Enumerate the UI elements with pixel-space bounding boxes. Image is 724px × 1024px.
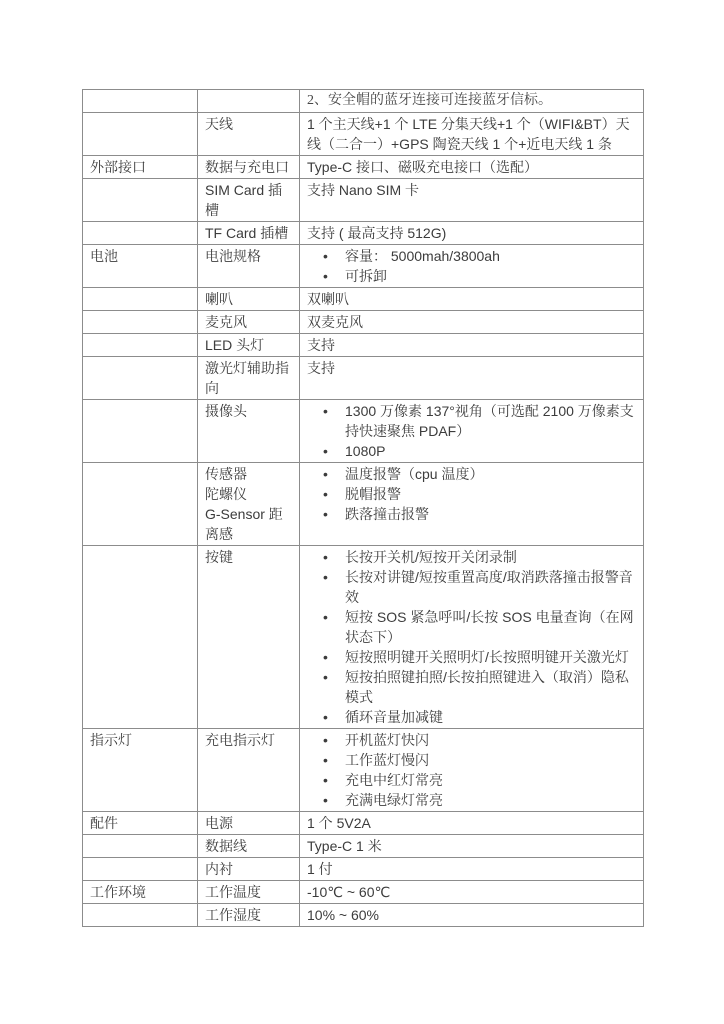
item-cell: 喇叭 bbox=[198, 288, 300, 311]
item-cell: SIM Card 插槽 bbox=[198, 179, 300, 222]
value-cell: 支持 bbox=[300, 334, 644, 357]
bullet-item: 脱帽报警 bbox=[319, 484, 636, 504]
item-cell bbox=[198, 90, 300, 113]
value-cell: 容量： 5000mah/3800ah 可拆卸 bbox=[300, 245, 644, 288]
bullet-item: 跌落撞击报警 bbox=[319, 504, 636, 524]
value-cell: 1 付 bbox=[300, 858, 644, 881]
category-cell bbox=[83, 463, 198, 546]
category-cell bbox=[83, 546, 198, 729]
category-cell bbox=[83, 357, 198, 400]
value-cell: 温度报警（cpu 温度） 脱帽报警 跌落撞击报警 bbox=[300, 463, 644, 546]
category-cell bbox=[83, 90, 198, 113]
category-cell: 配件 bbox=[83, 812, 198, 835]
bullet-item: 1080P bbox=[319, 441, 636, 461]
bullet-item: 开机蓝灯快闪 bbox=[319, 730, 636, 750]
value-cell: 双喇叭 bbox=[300, 288, 644, 311]
table-row: 数据线 Type-C 1 米 bbox=[83, 835, 644, 858]
item-cell: 激光灯辅助指向 bbox=[198, 357, 300, 400]
category-cell bbox=[83, 311, 198, 334]
bullet-item: 短按拍照键拍照/长按拍照键进入（取消）隐私模式 bbox=[319, 667, 636, 707]
table-row: LED 头灯 支持 bbox=[83, 334, 644, 357]
category-cell: 电池 bbox=[83, 245, 198, 288]
document-page: 2、安全帽的蓝牙连接可连接蓝牙信标。 天线 1 个主天线+1 个 LTE 分集天… bbox=[0, 0, 724, 1024]
item-line: 传感器 bbox=[205, 464, 292, 484]
bullet-list: 长按开关机/短按开关闭录制 长按对讲键/短按重置高度/取消跌落撞击报警音效 短按… bbox=[307, 547, 636, 727]
value-cell: 1300 万像素 137°视角（可选配 2100 万像素支持快速聚焦 PDAF）… bbox=[300, 400, 644, 463]
item-cell: 数据线 bbox=[198, 835, 300, 858]
bullet-list: 容量： 5000mah/3800ah 可拆卸 bbox=[307, 246, 636, 286]
value-cell: 双麦克风 bbox=[300, 311, 644, 334]
bullet-item: 长按开关机/短按开关闭录制 bbox=[319, 547, 636, 567]
table-row: 摄像头 1300 万像素 137°视角（可选配 2100 万像素支持快速聚焦 P… bbox=[83, 400, 644, 463]
value-cell: 长按开关机/短按开关闭录制 长按对讲键/短按重置高度/取消跌落撞击报警音效 短按… bbox=[300, 546, 644, 729]
value-cell: 2、安全帽的蓝牙连接可连接蓝牙信标。 bbox=[300, 90, 644, 113]
category-cell: 指示灯 bbox=[83, 729, 198, 812]
table-row: 指示灯 充电指示灯 开机蓝灯快闪 工作蓝灯慢闪 充电中红灯常亮 充满电绿灯常亮 bbox=[83, 729, 644, 812]
value-cell: 支持 ( 最高支持 512G) bbox=[300, 222, 644, 245]
bullet-list: 温度报警（cpu 温度） 脱帽报警 跌落撞击报警 bbox=[307, 464, 636, 524]
value-cell: 开机蓝灯快闪 工作蓝灯慢闪 充电中红灯常亮 充满电绿灯常亮 bbox=[300, 729, 644, 812]
bullet-list: 1300 万像素 137°视角（可选配 2100 万像素支持快速聚焦 PDAF）… bbox=[307, 401, 636, 461]
bullet-item: 长按对讲键/短按重置高度/取消跌落撞击报警音效 bbox=[319, 567, 636, 607]
category-cell bbox=[83, 222, 198, 245]
category-cell bbox=[83, 334, 198, 357]
item-cell: 数据与充电口 bbox=[198, 156, 300, 179]
item-cell: 电源 bbox=[198, 812, 300, 835]
item-cell: 麦克风 bbox=[198, 311, 300, 334]
bullet-item: 短按 SOS 紧急呼叫/长按 SOS 电量查询（在网状态下） bbox=[319, 607, 636, 647]
table-row: 2、安全帽的蓝牙连接可连接蓝牙信标。 bbox=[83, 90, 644, 113]
item-cell: 工作湿度 bbox=[198, 904, 300, 927]
table-row: 传感器 陀螺仪 G-Sensor 距离感 温度报警（cpu 温度） 脱帽报警 跌… bbox=[83, 463, 644, 546]
category-cell bbox=[83, 858, 198, 881]
item-cell: 电池规格 bbox=[198, 245, 300, 288]
bullet-item: 容量： 5000mah/3800ah bbox=[319, 246, 636, 266]
table-row: 麦克风 双麦克风 bbox=[83, 311, 644, 334]
value-cell: 1 个 5V2A bbox=[300, 812, 644, 835]
category-cell bbox=[83, 113, 198, 156]
category-cell: 工作环境 bbox=[83, 881, 198, 904]
bullet-item: 1300 万像素 137°视角（可选配 2100 万像素支持快速聚焦 PDAF） bbox=[319, 401, 636, 441]
bullet-item: 工作蓝灯慢闪 bbox=[319, 750, 636, 770]
category-cell bbox=[83, 400, 198, 463]
table-row: 喇叭 双喇叭 bbox=[83, 288, 644, 311]
item-line: G-Sensor 距离感 bbox=[205, 504, 292, 544]
bullet-list: 开机蓝灯快闪 工作蓝灯慢闪 充电中红灯常亮 充满电绿灯常亮 bbox=[307, 730, 636, 810]
table-row: 激光灯辅助指向 支持 bbox=[83, 357, 644, 400]
spec-table: 2、安全帽的蓝牙连接可连接蓝牙信标。 天线 1 个主天线+1 个 LTE 分集天… bbox=[82, 89, 644, 927]
table-row: 外部接口 数据与充电口 Type-C 接口、磁吸充电接口（选配） bbox=[83, 156, 644, 179]
category-cell bbox=[83, 288, 198, 311]
item-cell: LED 头灯 bbox=[198, 334, 300, 357]
table-row: 按键 长按开关机/短按开关闭录制 长按对讲键/短按重置高度/取消跌落撞击报警音效… bbox=[83, 546, 644, 729]
table-row: 电池 电池规格 容量： 5000mah/3800ah 可拆卸 bbox=[83, 245, 644, 288]
table-row: 天线 1 个主天线+1 个 LTE 分集天线+1 个（WIFI&BT）天线（二合… bbox=[83, 113, 644, 156]
item-cell: 充电指示灯 bbox=[198, 729, 300, 812]
category-cell bbox=[83, 835, 198, 858]
table-row: 工作湿度 10% ~ 60% bbox=[83, 904, 644, 927]
item-cell: 传感器 陀螺仪 G-Sensor 距离感 bbox=[198, 463, 300, 546]
item-line: 陀螺仪 bbox=[205, 484, 292, 504]
item-cell: 内衬 bbox=[198, 858, 300, 881]
value-cell: -10℃ ~ 60℃ bbox=[300, 881, 644, 904]
value-cell: 支持 Nano SIM 卡 bbox=[300, 179, 644, 222]
item-cell: 按键 bbox=[198, 546, 300, 729]
table-row: 工作环境 工作温度 -10℃ ~ 60℃ bbox=[83, 881, 644, 904]
item-cell: TF Card 插槽 bbox=[198, 222, 300, 245]
bullet-item: 循环音量加减键 bbox=[319, 707, 636, 727]
table-row: TF Card 插槽 支持 ( 最高支持 512G) bbox=[83, 222, 644, 245]
table-row: 配件 电源 1 个 5V2A bbox=[83, 812, 644, 835]
value-cell: 10% ~ 60% bbox=[300, 904, 644, 927]
category-cell: 外部接口 bbox=[83, 156, 198, 179]
value-cell: 1 个主天线+1 个 LTE 分集天线+1 个（WIFI&BT）天线（二合一）+… bbox=[300, 113, 644, 156]
value-cell: Type-C 1 米 bbox=[300, 835, 644, 858]
value-cell: Type-C 接口、磁吸充电接口（选配） bbox=[300, 156, 644, 179]
item-cell: 摄像头 bbox=[198, 400, 300, 463]
bullet-item: 短按照明键开关照明灯/长按照明键开关激光灯 bbox=[319, 647, 636, 667]
value-cell: 支持 bbox=[300, 357, 644, 400]
bullet-item: 充电中红灯常亮 bbox=[319, 770, 636, 790]
table-row: SIM Card 插槽 支持 Nano SIM 卡 bbox=[83, 179, 644, 222]
item-cell: 工作温度 bbox=[198, 881, 300, 904]
item-cell: 天线 bbox=[198, 113, 300, 156]
category-cell bbox=[83, 179, 198, 222]
table-row: 内衬 1 付 bbox=[83, 858, 644, 881]
bullet-item: 温度报警（cpu 温度） bbox=[319, 464, 636, 484]
bullet-item: 充满电绿灯常亮 bbox=[319, 790, 636, 810]
bullet-item: 可拆卸 bbox=[319, 266, 636, 286]
category-cell bbox=[83, 904, 198, 927]
